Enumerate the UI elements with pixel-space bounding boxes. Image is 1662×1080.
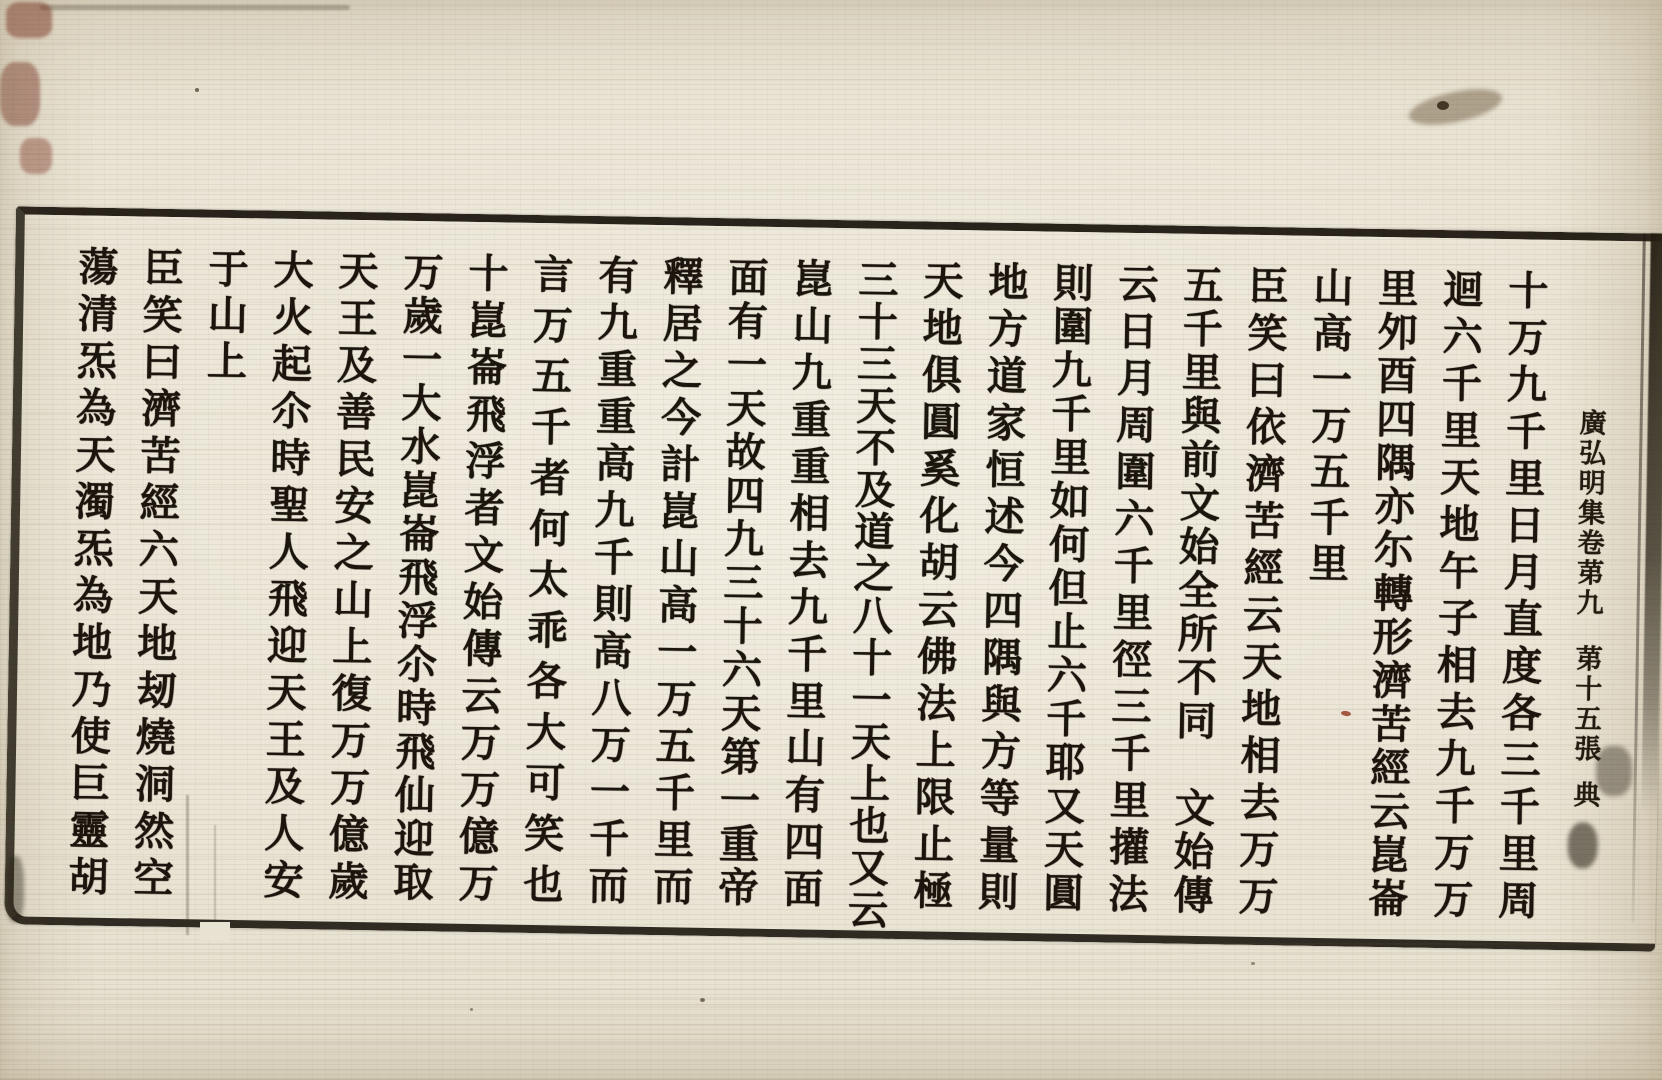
volume-title: 廣弘明集卷苐九 [1563,408,1612,619]
text-frame-border: 廣弘明集卷苐九 苐十五張 典 十万九千里日月直度各三千里周 迴六千里天地午子相去… [4,206,1662,951]
text-column: 山高一万五千里 [1287,266,1363,919]
text-column: 蕩清炁為天濁炁為地乃使巨靈胡 [53,245,129,898]
text-column: 五千里與前文始全所不同 文始傳 [1157,263,1233,916]
text-column: 大火起尒時聖人飛迎天王及人安 [248,248,324,901]
text-column: 釋居之今計崑山高一万五千里而 [638,255,714,908]
ink-smudge [1567,822,1598,868]
text-column: 則圍九千里如何但止六千耶又天圓 [1027,261,1103,914]
text-column: 天地俱圓奚化胡云佛法上限止極 [898,259,974,912]
text-column: 言万五千者何太乖各大可笑也 [508,253,584,906]
text-column: 面有一天故四九三十六天第一重帝 [703,256,779,909]
text-block: 十万九千里日月直度各三千里周 迴六千里天地午子相去九千万万 里夘酉四隅亦尓轉形濟… [53,245,1559,922]
text-column: 十万九千里日月直度各三千里周 [1482,269,1558,922]
text-column: 十崑崙飛浮者文始傳云万万億万 [443,252,519,905]
text-column: 迴六千里天地午子相去九千万万 [1417,268,1493,921]
text-column: 三十三天不及道之八十一天上也又云 [833,258,909,911]
margin-column: 廣弘明集卷苐九 苐十五張 典 [1558,408,1614,869]
text-column: 于山上 [183,247,259,900]
scanned-page: { "page": { "margin_label": { "title": "… [0,0,1662,1080]
frame-right-inner-line [1631,233,1645,923]
text-column: 崑山九重重相去九千里山有四面 [768,257,844,910]
text-column: 里夘酉四隅亦尓轉形濟苦經云崑崙 [1352,267,1428,920]
text-column: 云日月周圍六千里徑三千里㩲法 [1092,262,1168,915]
text-column: 地方道家恒述今四隅與方等量則 [962,260,1038,913]
text-column: 天王及善民安之山上復万万億歲 [313,249,389,902]
sheet-number: 苐十五張 [1561,644,1609,765]
text-column: 有九重重高九千則高八万一千而 [573,254,649,907]
text-column: 万歲一大水崑崙飛浮尒時飛仙迎取 [378,251,454,904]
text-column: 臣笑曰濟苦經六天地刼燒洞然空 [118,246,194,899]
text-column: 臣笑曰依濟苦經云天地相去万万 [1222,265,1298,918]
case-marker: 典 [1560,780,1606,811]
